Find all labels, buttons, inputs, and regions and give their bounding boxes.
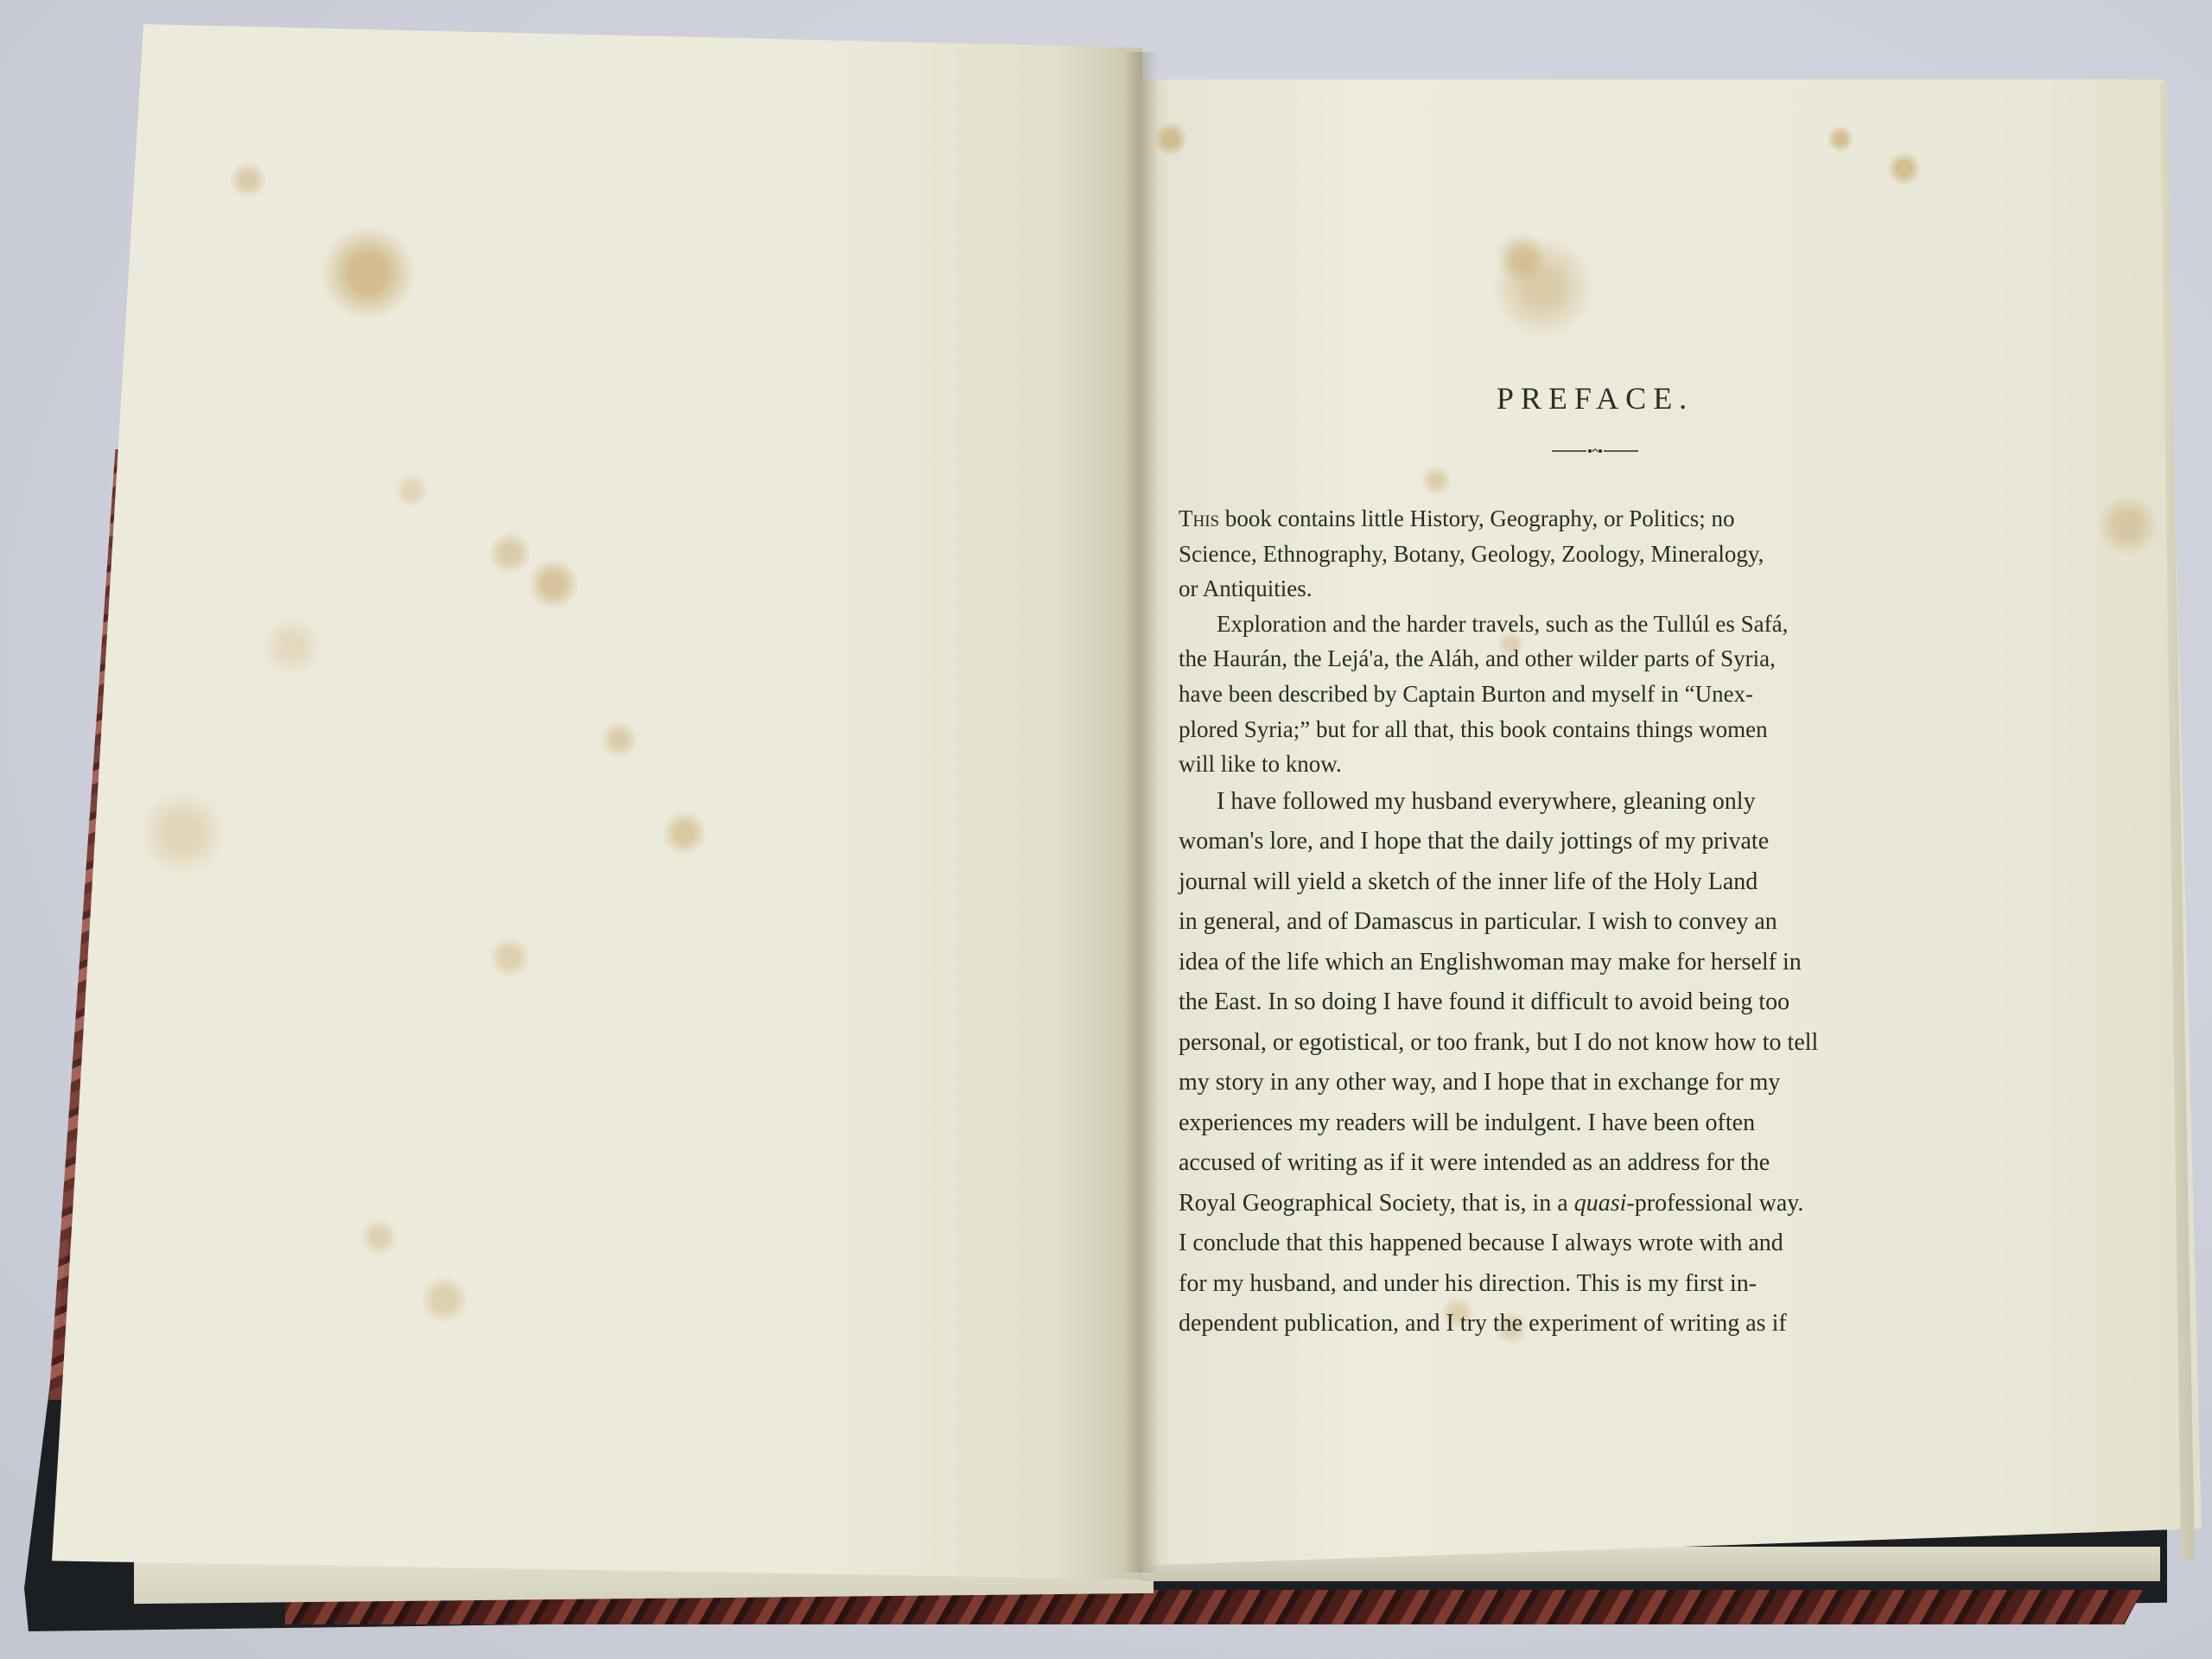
text-line: in general, and of Damascus in particula… [1179,902,1977,943]
text-line: accused of writing as if it were intende… [1179,1143,1977,1184]
text-line: will like to know. [1179,747,1977,782]
text-line: experiences my readers will be indulgent… [1179,1103,1977,1144]
text-line: dependent publication, and I try the exp… [1179,1304,1977,1344]
text-line: journal will yield a sketch of the inner… [1179,862,1977,903]
text-line: plored Syria;” but for all that, this bo… [1179,712,1977,747]
text-line: Exploration and the harder travels, such… [1179,607,1977,642]
paragraph-1: This book contains little History, Geogr… [1179,501,1977,607]
text-line: idea of the life which an Englishwoman m… [1179,943,1977,983]
text-line: the East. In so doing I have found it di… [1179,982,1977,1023]
text-line: or Antiquities. [1179,571,1977,607]
paragraph-2: Exploration and the harder travels, such… [1179,607,1977,782]
text-line: the Haurán, the Lejá'a, the Aláh, and ot… [1179,641,1977,677]
preface-text-block: PREFACE. This book contains little Histo… [1179,380,1977,1344]
preface-heading: PREFACE. [1179,380,1977,416]
text-line: Royal Geographical Society, that is, in … [1179,1184,1977,1224]
text-line: my story in any other way, and I hope th… [1179,1063,1977,1103]
book-gutter [1123,52,1158,1573]
paragraph-3: I have followed my husband everywhere, g… [1179,782,1977,1344]
text-line: woman's lore, and I hope that the daily … [1179,822,1977,862]
photo-scene: PREFACE. This book contains little Histo… [0,0,2212,1659]
fleuron-ornament-icon [1517,446,1638,456]
text-line: I have followed my husband everywhere, g… [1179,782,1977,823]
text-line: personal, or egotistical, or too frank, … [1179,1023,1977,1064]
text-line: This book contains little History, Geogr… [1179,501,1977,537]
text-line: Science, Ethnography, Botany, Geology, Z… [1179,537,1977,572]
left-page-blank [52,24,1142,1580]
text-line: I conclude that this happened because I … [1179,1224,1977,1264]
text-line: for my husband, and under his direction.… [1179,1264,1977,1305]
text-line: have been described by Captain Burton an… [1179,677,1977,712]
